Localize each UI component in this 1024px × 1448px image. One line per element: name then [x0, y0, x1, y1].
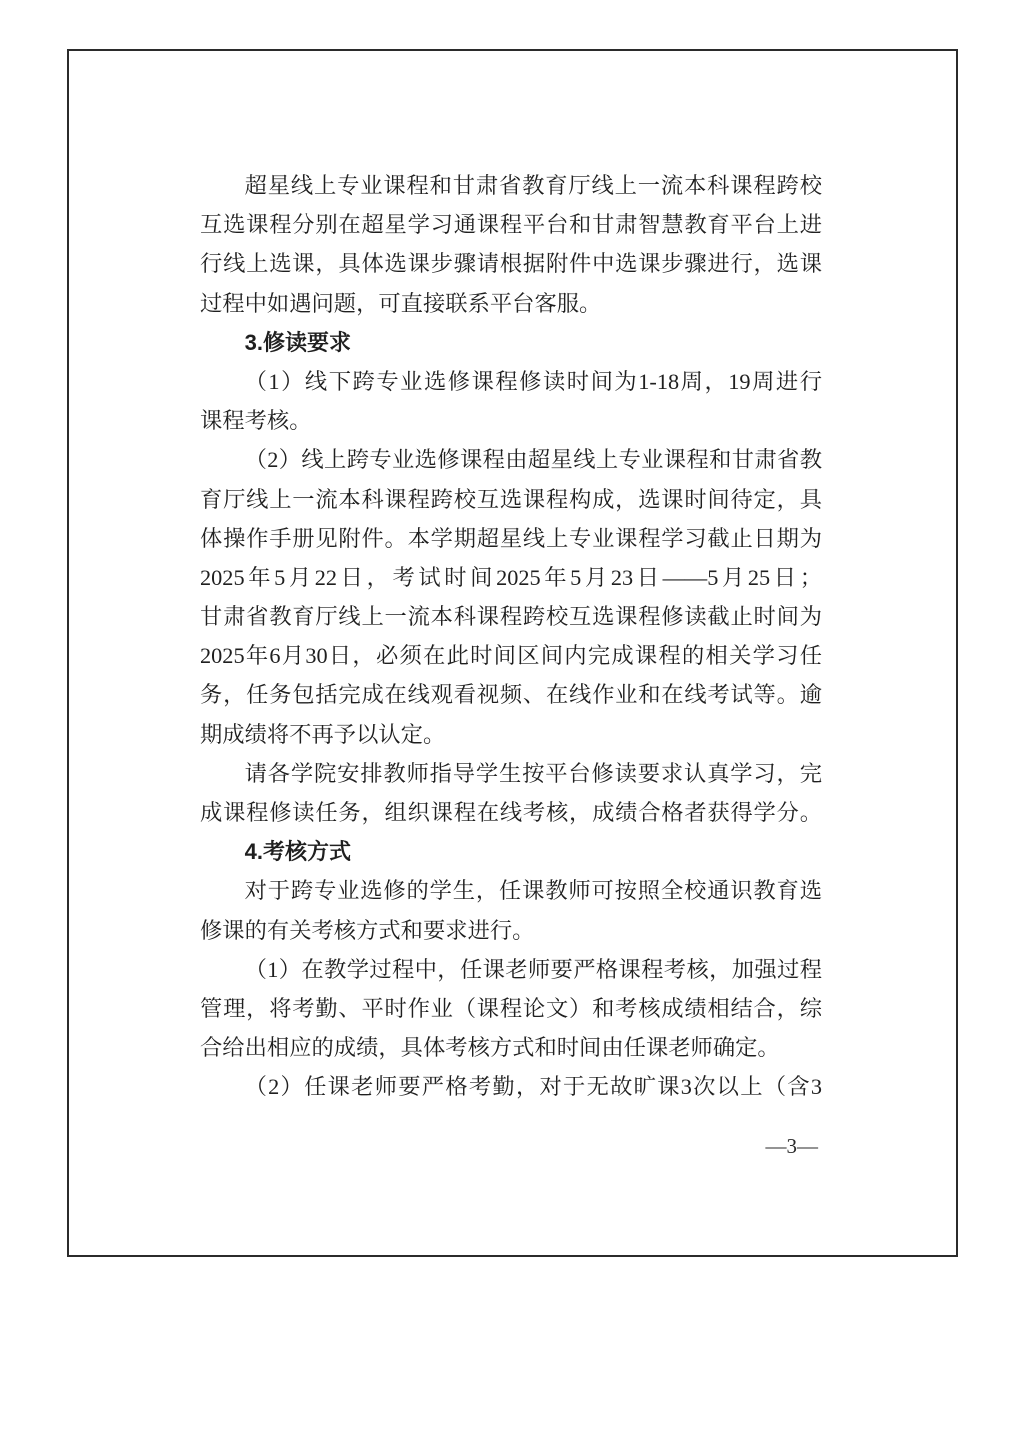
text-line: （1）在教学过程中，任课老师要严格课程考核，加强过程: [200, 950, 822, 989]
text-line: 合给出相应的成绩，具体考核方式和时间由任课老师确定。: [200, 1028, 822, 1067]
text-line: 成课程修读任务，组织课程在线考核，成绩合格者获得学分。: [200, 793, 822, 832]
text-line: 2025年5月22日，考试时间2025年5月23日——5月25日；: [200, 558, 822, 597]
text-line: 课程考核。: [200, 401, 822, 440]
text-line: 期成绩将不再予以认定。: [200, 715, 822, 754]
text-line: 行线上选课，具体选课步骤请根据附件中选课步骤进行，选课: [200, 244, 822, 283]
text-line: 请各学院安排教师指导学生按平台修读要求认真学习，完: [200, 754, 822, 793]
section-heading: 4.考核方式: [200, 832, 822, 871]
document-body: 超星线上专业课程和甘肃省教育厅线上一流本科课程跨校互选课程分别在超星学习通课程平…: [200, 166, 822, 1107]
text-line: （2）任课老师要严格考勤，对于无故旷课3次以上（含3: [200, 1067, 822, 1106]
text-line: 超星线上专业课程和甘肃省教育厅线上一流本科课程跨校: [200, 166, 822, 205]
text-line: 务，任务包括完成在线观看视频、在线作业和在线考试等。逾: [200, 675, 822, 714]
text-line: （2）线上跨专业选修课程由超星线上专业课程和甘肃省教: [200, 440, 822, 479]
text-line: 管理，将考勤、平时作业（课程论文）和考核成绩相结合，综: [200, 989, 822, 1028]
text-line: 甘肃省教育厅线上一流本科课程跨校互选课程修读截止时间为: [200, 597, 822, 636]
text-line: 2025年6月30日，必须在此时间区间内完成课程的相关学习任: [200, 636, 822, 675]
text-line: 体操作手册见附件。本学期超星线上专业课程学习截止日期为: [200, 519, 822, 558]
page-number: —3—: [200, 1127, 818, 1166]
section-heading: 3.修读要求: [200, 323, 822, 362]
text-line: 对于跨专业选修的学生，任课教师可按照全校通识教育选: [200, 871, 822, 910]
text-line: （1）线下跨专业选修课程修读时间为1-18周，19周进行: [200, 362, 822, 401]
text-line: 互选课程分别在超星学习通课程平台和甘肃智慧教育平台上进: [200, 205, 822, 244]
text-line: 修课的有关考核方式和要求进行。: [200, 911, 822, 950]
text-line: 育厅线上一流本科课程跨校互选课程构成，选课时间待定，具: [200, 480, 822, 519]
text-line: 过程中如遇问题，可直接联系平台客服。: [200, 284, 822, 323]
